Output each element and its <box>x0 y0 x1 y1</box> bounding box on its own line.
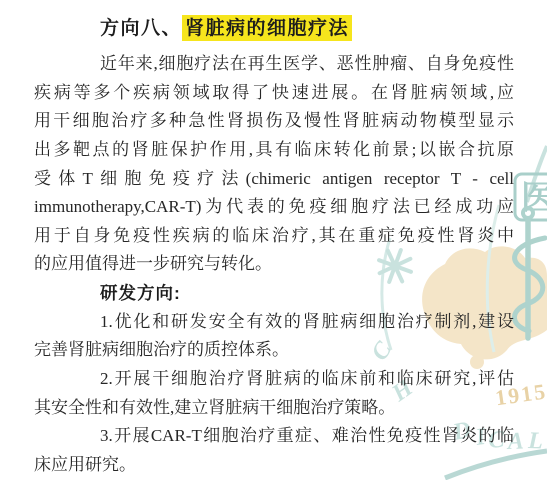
text-line: 近年来,细胞疗法在再生医学、恶性肿瘤、自身免疫性 <box>34 50 514 79</box>
heading-highlight: 肾脏病的细胞疗法 <box>182 15 352 41</box>
document-content: 方向八、肾脏病的细胞疗法 近年来,细胞疗法在再生医学、恶性肿瘤、自身免疫性疾病等… <box>34 14 514 480</box>
text-line: 1.优化和研发安全有效的肾脏病细胞治疗制剂,建设 <box>34 308 514 337</box>
text-line: 疾病等多个疾病领域取得了快速进展。在肾脏病领域,应 <box>34 79 514 108</box>
serpent-staff-icon <box>514 208 545 338</box>
text-line: 3.开展CAR-T细胞治疗重症、难治性免疫性肾炎的临 <box>34 422 514 451</box>
text-line: 用于自身免疫性疾病的临床治疗,其在重症免疫性肾炎中 <box>34 222 514 251</box>
svg-text:医: 医 <box>521 179 547 217</box>
text-line: 其安全性和有效性,建立肾脏病干细胞治疗策略。 <box>34 394 514 423</box>
text-line: 受体T细胞免疫疗法(chimeric antigen receptor T - … <box>34 165 514 194</box>
text-line: 床应用研究。 <box>34 451 514 480</box>
seal-outer-arc-top <box>527 146 547 202</box>
text-line: immunotherapy,CAR-T)为代表的免疫细胞疗法已经成功应 <box>34 193 514 222</box>
page: 医 C H 1915 D I C A L 方向八、肾脏病的细胞疗法 近年来,细胞… <box>0 0 547 480</box>
medicine-character-icon: 医 <box>515 174 547 220</box>
heading-prefix: 方向八、 <box>100 18 182 39</box>
text-line: 用干细胞治疗多种急性肾损伤及慢性肾脏病动物模型显示 <box>34 107 514 136</box>
text-line: 的应用值得进一步研究与转化。 <box>34 250 514 279</box>
doc-heading: 方向八、肾脏病的细胞疗法 <box>34 14 514 44</box>
document-body: 近年来,细胞疗法在再生医学、恶性肿瘤、自身免疫性疾病等多个疾病领域取得了快速进展… <box>34 50 514 480</box>
svg-text:L: L <box>527 428 544 455</box>
text-line: 出多靶点的肾脏保护作用,具有临床转化前景;以嵌合抗原 <box>34 136 514 165</box>
text-line: 2.开展干细胞治疗肾脏病的临床前和临床研究,评估 <box>34 365 514 394</box>
section-subheading: 研发方向: <box>34 279 514 308</box>
text-line: 完善肾脏病细胞治疗的质控体系。 <box>34 336 514 365</box>
